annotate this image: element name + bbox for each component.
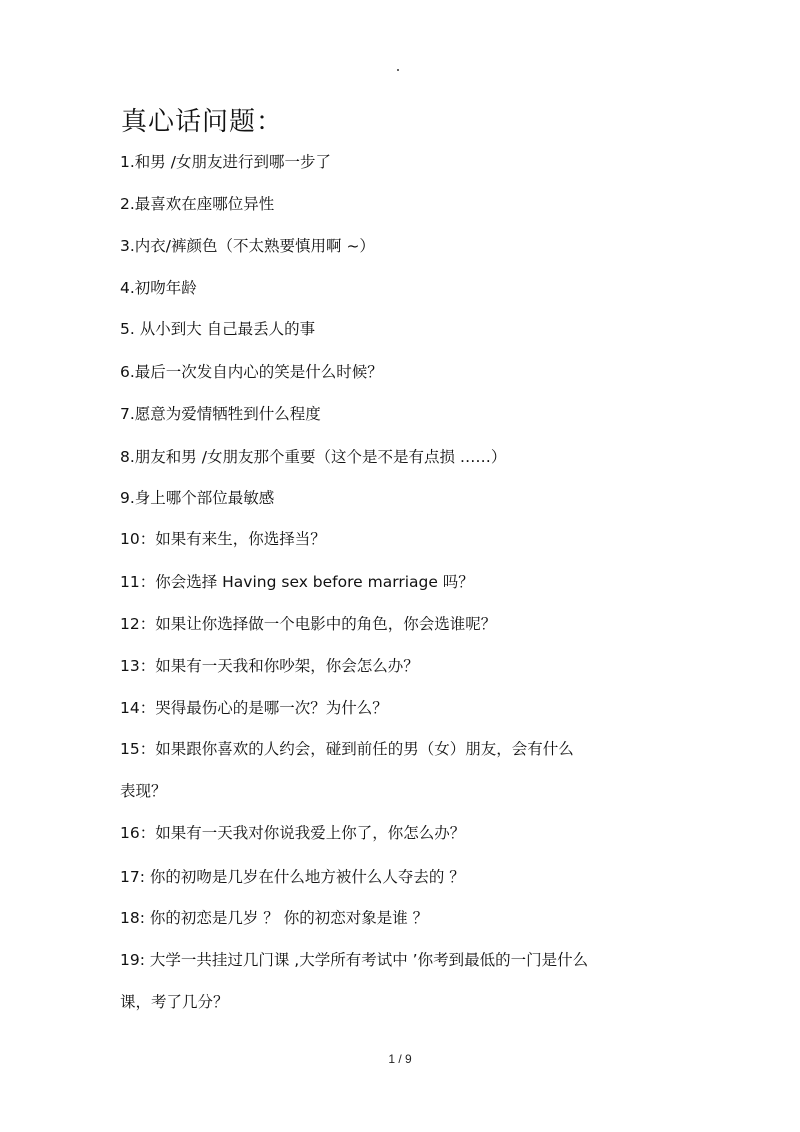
question-line-16: 16：如果有一天我对你说我爱上你了，你怎么办？ bbox=[120, 822, 465, 844]
question-line-13: 13：如果有一天我和你吵架，你会怎么办？ bbox=[120, 655, 419, 677]
header-mark bbox=[397, 69, 399, 71]
question-line-12: 12：如果让你选择做一个电影中的角色，你会选谁呢？ bbox=[120, 613, 496, 635]
document-page: 真心话问题： 1.和男 /女朋友进行到哪一步了 2.最喜欢在座哪位异性 3.内衣… bbox=[0, 0, 800, 1132]
document-title: 真心话问题： bbox=[121, 104, 283, 140]
question-line-8: 8.朋友和男 /女朋友那个重要（这个是不是有点损 ……） bbox=[120, 446, 506, 468]
question-line-19: 19: 大学一共挂过几门课 ,大学所有考试中 ’你考到最低的一门是什么 bbox=[120, 949, 588, 971]
page-indicator: 1 / 9 bbox=[0, 1052, 800, 1066]
question-line-5: 5. 从小到大 自己最丢人的事 bbox=[120, 318, 315, 340]
question-line-1: 1.和男 /女朋友进行到哪一步了 bbox=[120, 151, 331, 173]
question-line-18: 18: 你的初恋是几岁 ？ 你的初恋对象是谁 ？ bbox=[120, 907, 428, 929]
question-line-2: 2.最喜欢在座哪位异性 bbox=[120, 193, 274, 215]
question-line-6: 6.最后一次发自内心的笑是什么时候？ bbox=[120, 361, 383, 383]
question-line-15-cont: 表现？ bbox=[120, 780, 167, 802]
question-line-17: 17: 你的初吻是几岁在什么地方被什么人夺去的 ？ bbox=[120, 866, 465, 888]
question-line-11: 11：你会选择 Having sex before marriage 吗？ bbox=[120, 571, 474, 593]
question-line-3: 3.内衣/裤颜色（不太熟要慎用啊 ~） bbox=[120, 235, 375, 257]
question-line-4: 4.初吻年龄 bbox=[120, 277, 197, 299]
question-line-7: 7.愿意为爱情牺牲到什么程度 bbox=[120, 403, 321, 425]
question-line-14: 14：哭得最伤心的是哪一次？为什么？ bbox=[120, 697, 388, 719]
question-line-15: 15：如果跟你喜欢的人约会，碰到前任的男（女）朋友，会有什么 bbox=[120, 738, 574, 760]
question-line-19-cont: 课，考了几分？ bbox=[120, 991, 229, 1013]
question-line-9: 9.身上哪个部位最敏感 bbox=[120, 487, 274, 509]
question-line-10: 10：如果有来生，你选择当？ bbox=[120, 528, 326, 550]
